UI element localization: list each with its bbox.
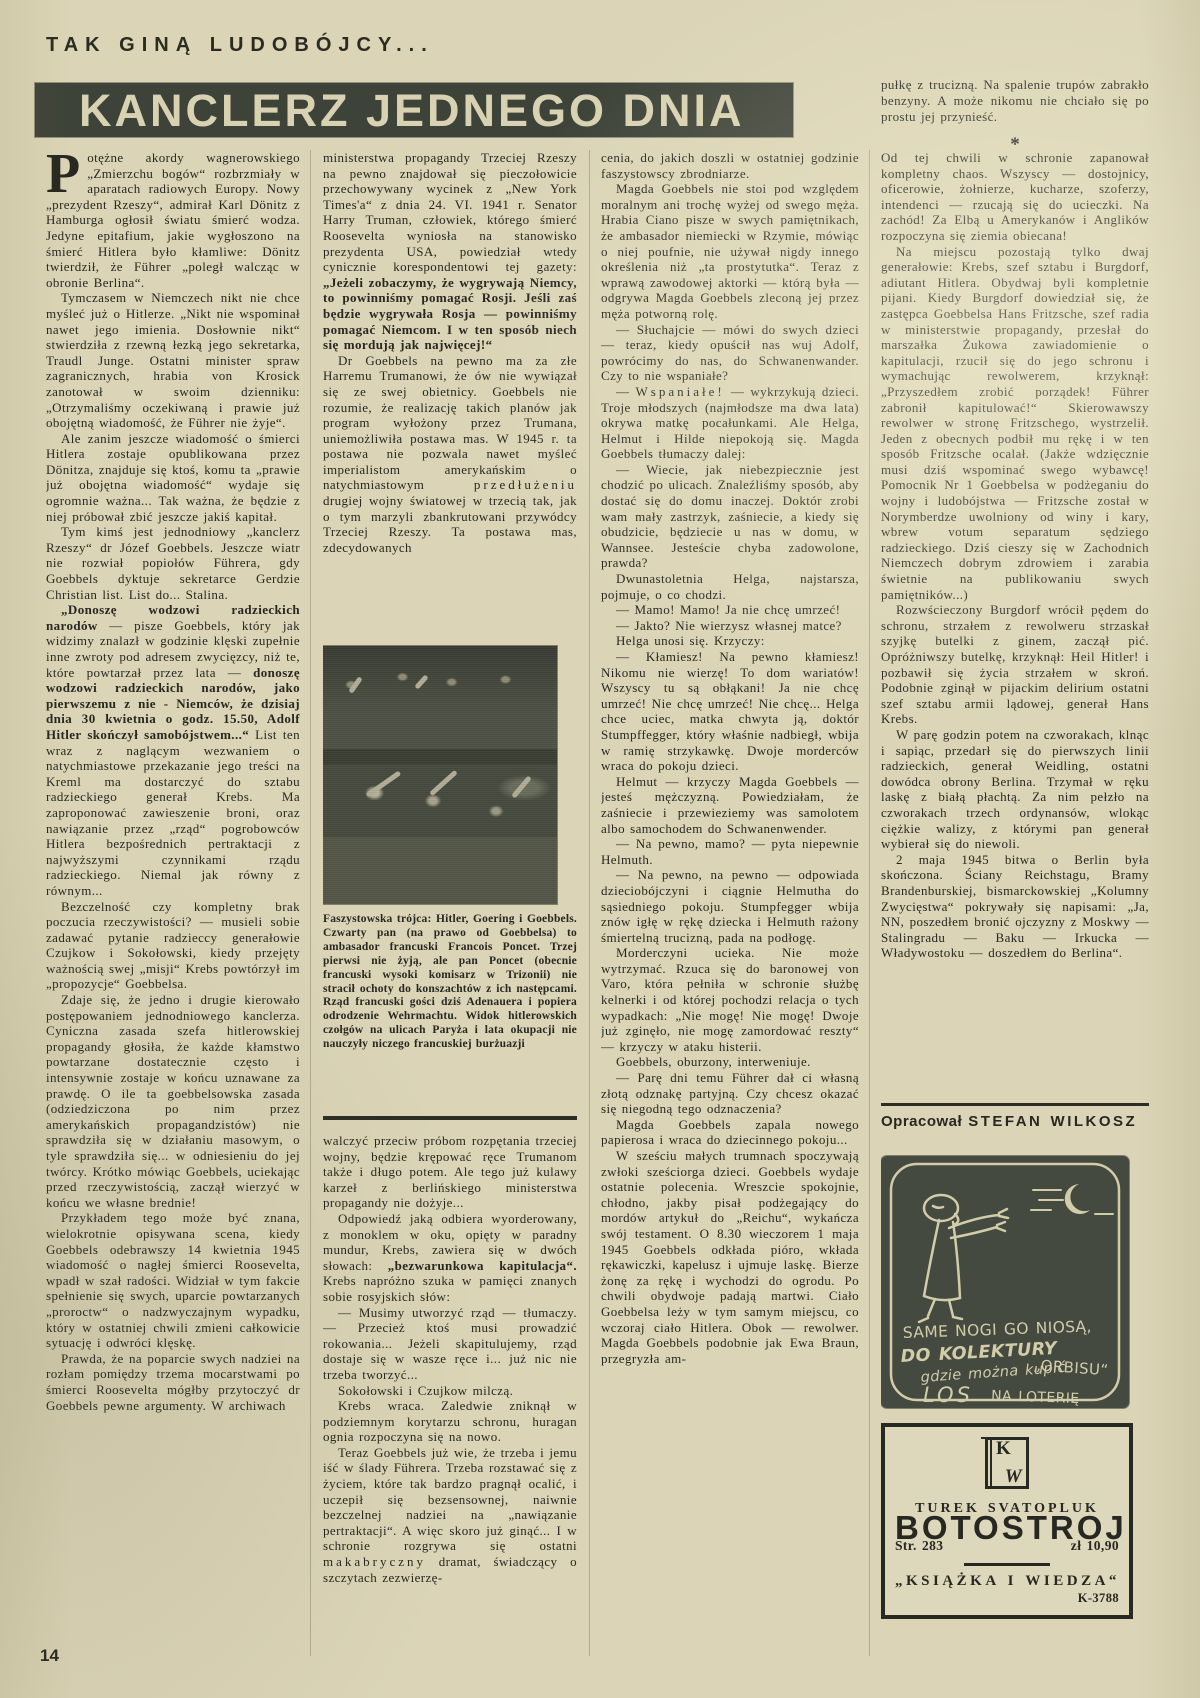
text-run: Dwunastoletnia Helga, najstarsza, pojmuj…: [601, 571, 859, 602]
text-run: — Mamo! Mamo! Ja nie chcę umrzeć!: [616, 602, 840, 617]
paragraph: Ale zanim jeszcze wiadomość o śmierci Hi…: [46, 431, 300, 525]
photo-raised-arm: [366, 770, 402, 797]
text-run: W parę godzin potem na czworakach, klnąc…: [881, 727, 1149, 851]
text-run: Helga unosi się. Krzyczy:: [616, 633, 765, 648]
paragraph: cenia, do jakich doszli w ostatniej godz…: [601, 150, 859, 181]
paragraph: Goebbels, oburzony, interweniuje.: [601, 1054, 859, 1070]
text-run: Bezczelność czy kompletny brak poczucia …: [46, 899, 300, 992]
paragraph: Magda Goebbels zapala nowego papierosa i…: [601, 1117, 859, 1148]
text-run: — Wiecie, jak niebezpiecznie jest chodzi…: [601, 462, 859, 571]
column-4-text: Od tej chwili w schronie zapanował kompl…: [881, 150, 1149, 1094]
book-title: BOTOSTROJ: [895, 1520, 1119, 1536]
text-run: Goebbels, oburzony, interweniuje.: [616, 1054, 811, 1069]
paragraph: — Musimy utworzyć rząd — tłumaczy. — Prz…: [323, 1305, 577, 1383]
photo-raised-arm: [414, 674, 428, 689]
orbis-ad-illustration: SAME NOGI GO NIOSĄ, DO KOLEKTURY „ORBISU…: [881, 1156, 1129, 1408]
sleepwalker-figure-icon: [919, 1195, 1008, 1322]
paragraph: walczyć przeciw próbom rozpętania trzeci…: [323, 1133, 577, 1211]
text-run: 2 maja 1945 bitwa o Berlin była skończon…: [881, 852, 1149, 961]
column-2-text-lower: walczyć przeciw próbom rozpętania trzeci…: [323, 1133, 577, 1623]
paragraph: 2 maja 1945 bitwa o Berlin była skończon…: [881, 852, 1149, 961]
text-run: — Parę dni temu Führer dał ci własną zło…: [601, 1070, 859, 1116]
book-pages: Str. 283: [895, 1538, 943, 1554]
ksiazka-i-wiedza-logo-icon: K W: [985, 1437, 1029, 1489]
text-run: Przykładem tego może być znana, wielokro…: [46, 1210, 300, 1350]
paragraph: Dwunastoletnia Helga, najstarsza, pojmuj…: [601, 571, 859, 602]
text-run: Prawda, że na poparcie swych nadziei na …: [46, 1351, 300, 1413]
paragraph: Helga unosi się. Krzyczy:: [601, 633, 859, 649]
paragraph: — Jakto? Nie wierzysz własnej matce?: [601, 618, 859, 634]
article-continuation-top-right: pułkę z trucizną. Na spalenie trupów zab…: [881, 64, 1149, 153]
crescent-moon-icon: [1031, 1184, 1113, 1214]
title-banner: KANCLERZ JEDNEGO DNIA: [35, 83, 793, 137]
book-price: zł 10,90: [1071, 1538, 1119, 1554]
text-run: Tymczasem w Niemczech nikt nie chce myśl…: [46, 290, 300, 430]
text-run: — Jakto? Nie wierzysz własnej matce?: [616, 618, 842, 633]
byline-author-name: STEFAN WILKOSZ: [962, 1113, 1137, 1130]
text-run: Teraz Goebbels już wie, że trzeba i jemu…: [323, 1445, 577, 1554]
text-run: —: [616, 384, 636, 399]
column-2-text-upper: ministerstwa propagandy Trzeciej Rzeszy …: [323, 150, 577, 642]
photo-raised-arm: [348, 676, 362, 694]
paragraph: Krebs wraca. Zaledwie zniknął w podziemn…: [323, 1398, 577, 1445]
paragraph: Tym kimś jest jednodniowy „kanclerz Rzes…: [46, 524, 300, 602]
column-rule-3: [869, 150, 870, 1656]
text-run: „Jeżeli zobaczymy, że wygrywają Niemcy, …: [323, 275, 577, 352]
text-run: Sokołowski i Czujkow milczą.: [338, 1383, 513, 1398]
text-run: walczyć przeciw próbom rozpętania trzeci…: [323, 1133, 577, 1210]
paragraph: Na miejscu pozostają tylko dwaj generało…: [881, 244, 1149, 603]
paragraph: — Wspaniałe! — wykrzykują dzieci. Troje …: [601, 384, 859, 462]
paragraph: ministerstwa propagandy Trzeciej Rzeszy …: [323, 150, 577, 353]
caption-divider-rule: [323, 1116, 577, 1120]
text-run: — Słuchajcie — mówi do swych dzieci — te…: [601, 322, 859, 384]
paragraph: — Na pewno, na pewno — odpowiada dziecio…: [601, 867, 859, 945]
drop-cap: P: [46, 153, 80, 196]
photo-fascist-trio: [323, 646, 557, 904]
paragraph: Od tej chwili w schronie zapanował kompl…: [881, 150, 1149, 244]
text-run: W sześciu małych trumnach spoczywają zwł…: [601, 1148, 859, 1366]
magazine-page: { "page": { "kicker": "TAK GINĄ LUDOBÓJC…: [0, 0, 1200, 1698]
paragraph: Sokołowski i Czujkow milczą.: [323, 1383, 577, 1399]
orbis-ad-line-1: SAME NOGI GO NIOSĄ,: [903, 1317, 1093, 1342]
byline: OpracowałSTEFAN WILKOSZ: [881, 1103, 1149, 1130]
article-column-4: Od tej chwili w schronie zapanował kompl…: [881, 150, 1149, 1662]
photo-caption: Faszystowska trójca: Hitler, Goering i G…: [323, 904, 577, 1111]
paragraph: Przykładem tego może być znana, wielokro…: [46, 1210, 300, 1350]
photo-raised-arm: [511, 775, 532, 798]
text-run: — Na pewno, mamo? — pyta niepewnie Helmu…: [601, 836, 859, 867]
text-run: Tym kimś jest jednodniowy „kanclerz Rzes…: [46, 524, 300, 601]
text-run: „bezwarunkowa kapitulacja“.: [388, 1258, 577, 1273]
text-run: pułkę z trucizną. Na spalenie trupów zab…: [881, 77, 1149, 124]
column-rule-2: [589, 150, 590, 1656]
text-run: Dr Goebbels na pewno ma za złe Harremu T…: [323, 353, 577, 493]
text-run: Magda Goebbels nie stoi pod względem mor…: [601, 181, 859, 321]
paragraph: W parę godzin potem na czworakach, klnąc…: [881, 727, 1149, 852]
article-column-1: Potężne akordy wagnerowskiego „Zmierzchu…: [46, 150, 300, 1646]
paragraph: Odpowiedź jaką odbiera wyorderowany, z m…: [323, 1211, 577, 1305]
paragraph: Helmut — krzyczy Magda Goebbels — jesteś…: [601, 774, 859, 836]
text-run: Krebs napróżno szuka w pamięci znanych s…: [323, 1273, 577, 1304]
text-run: Magda Goebbels zapala nowego papierosa i…: [601, 1117, 859, 1148]
text-run: ministerstwa propagandy Trzeciej Rzeszy …: [323, 150, 577, 274]
text-run: drugiej wojny światowej w trzecią tak, j…: [323, 493, 577, 555]
text-run: otężne akordy wagnerowskiego „Zmierzchu …: [46, 150, 300, 290]
kicker-headline: TAK GINĄ LUDOBÓJCY...: [46, 34, 434, 57]
text-run: Helmut — krzyczy Magda Goebbels — jesteś…: [601, 774, 859, 836]
article-column-2: ministerstwa propagandy Trzeciej Rzeszy …: [323, 150, 577, 1658]
orbis-ad-line-5: LOS: [923, 1383, 973, 1407]
publisher-name: „KSIĄŻKA I WIEDZA“: [895, 1574, 1119, 1590]
text-run: Ale zanim jeszcze wiadomość o śmierci Hi…: [46, 431, 300, 524]
paragraph: Morderczyni ucieka. Nie może wytrzymać. …: [601, 945, 859, 1054]
text-run: — Musimy utworzyć rząd — tłumaczy. — Prz…: [323, 1305, 577, 1382]
paragraph: Rozwścieczony Burgdorf wrócił pędem do s…: [881, 602, 1149, 727]
paragraph: pułkę z trucizną. Na spalenie trupów zab…: [881, 77, 1149, 124]
orbis-ad-line-6: NA LOTERIĘ: [991, 1388, 1080, 1407]
paragraph: — Na pewno, mamo? — pyta niepewnie Helmu…: [601, 836, 859, 867]
page-title: KANCLERZ JEDNEGO DNIA: [35, 83, 793, 138]
ad-mini-rule: [964, 1563, 1050, 1566]
logo-letter-k: K: [996, 1441, 1011, 1457]
photo-raised-arm: [429, 770, 458, 796]
paragraph: „Donoszę wodzowi radzieckich narodów — p…: [46, 602, 300, 898]
paragraph: Prawda, że na poparcie swych nadziei na …: [46, 1351, 300, 1413]
paragraph: Bezczelność czy kompletny brak poczucia …: [46, 899, 300, 993]
byline-prefix: Opracował: [881, 1113, 962, 1130]
paragraph: Potężne akordy wagnerowskiego „Zmierzchu…: [46, 150, 300, 290]
paragraph: W sześciu małych trumnach spoczywają zwł…: [601, 1148, 859, 1366]
paragraph: Magda Goebbels nie stoi pod względem mor…: [601, 181, 859, 321]
paragraph: — Parę dni temu Führer dał ci własną zło…: [601, 1070, 859, 1117]
text-run: przedłużeniu: [474, 477, 577, 492]
text-run: Morderczyni ucieka. Nie może wytrzymać. …: [601, 945, 859, 1054]
text-run: Wspaniałe!: [636, 384, 725, 399]
text-run: Od tej chwili w schronie zapanował kompl…: [881, 150, 1149, 243]
paragraph: Tymczasem w Niemczech nikt nie chce myśl…: [46, 290, 300, 430]
text-run: makabryczny: [323, 1554, 426, 1569]
paragraph: Teraz Goebbels już wie, że trzeba i jemu…: [323, 1445, 577, 1585]
page-number: 14: [40, 1646, 59, 1666]
text-run: List ten wraz z naglącym wezwaniem o nat…: [46, 727, 300, 898]
article-column-3: cenia, do jakich doszli w ostatniej godz…: [601, 150, 859, 1658]
text-run: Rozwścieczony Burgdorf wrócił pędem do s…: [881, 602, 1149, 726]
paragraph: Dr Goebbels na pewno ma za złe Harremu T…: [323, 353, 577, 556]
paragraph: — Wiecie, jak niebezpiecznie jest chodzi…: [601, 462, 859, 571]
text-run: — Na pewno, na pewno — odpowiada dziecio…: [601, 867, 859, 944]
paragraph: Zdaje się, że jedno i drugie kierowało p…: [46, 992, 300, 1210]
logo-letter-w: W: [1005, 1469, 1022, 1485]
ad-code: K-3788: [895, 1591, 1119, 1607]
paragraph: — Słuchajcie — mówi do swych dzieci — te…: [601, 322, 859, 384]
text-run: Krebs wraca. Zaledwie zniknął w podziemn…: [323, 1398, 577, 1444]
orbis-lottery-ad: SAME NOGI GO NIOSĄ, DO KOLEKTURY „ORBISU…: [881, 1156, 1129, 1408]
column-rule-1: [310, 150, 311, 1656]
paragraph: — Mamo! Mamo! Ja nie chcę umrzeć!: [601, 602, 859, 618]
text-run: Zdaje się, że jedno i drugie kierowało p…: [46, 992, 300, 1210]
text-run: — Kłamiesz! Na pewno kłamiesz! Nikomu ni…: [601, 649, 859, 773]
text-run: Na miejscu pozostają tylko dwaj generało…: [881, 244, 1149, 602]
botostroj-book-ad: K W TUREK SVATOPLUK BOTOSTROJ Str. 283 z…: [881, 1423, 1133, 1619]
paragraph: — Kłamiesz! Na pewno kłamiesz! Nikomu ni…: [601, 649, 859, 774]
text-run: cenia, do jakich doszli w ostatniej godz…: [601, 150, 859, 181]
